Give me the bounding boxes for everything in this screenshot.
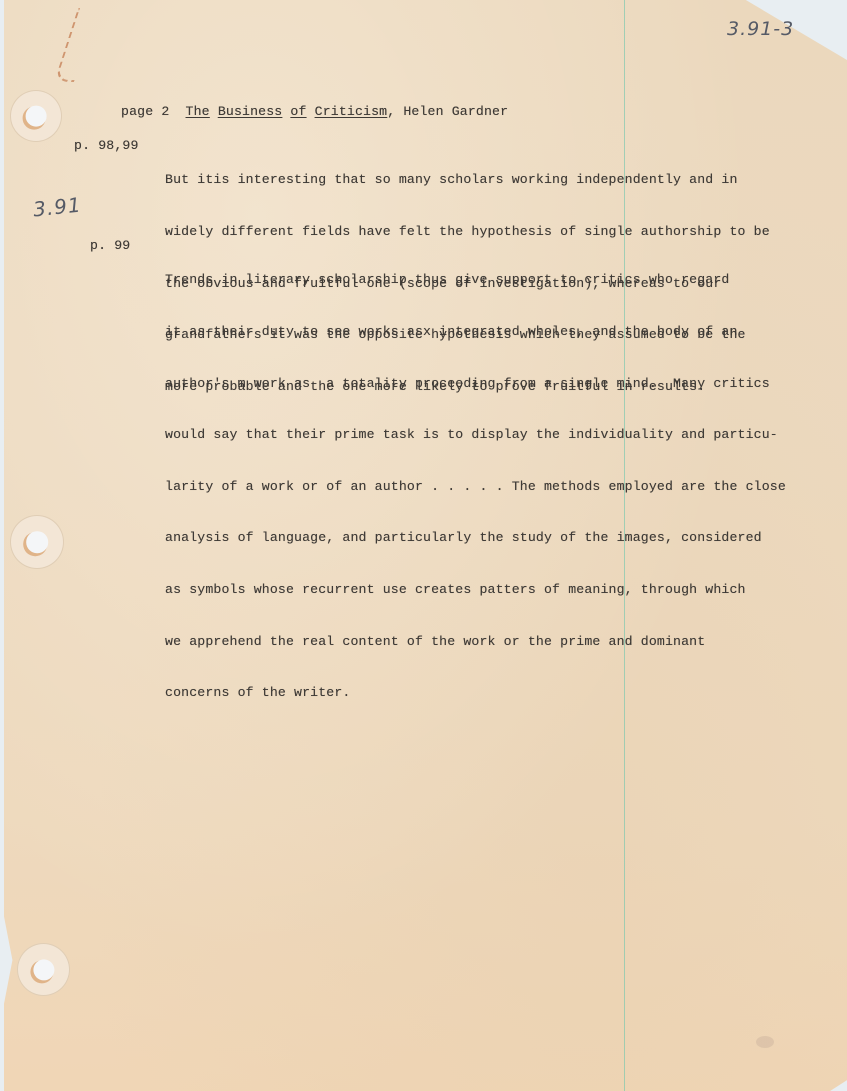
- book-title-word: Criticism: [315, 104, 388, 119]
- quote-paragraph: Trends in literary scholarship thus give…: [165, 237, 786, 719]
- page-number: page 2: [121, 104, 169, 119]
- quote-line: it as their duty to see works asx integr…: [165, 323, 786, 340]
- quote-line: larity of a work or of an author . . . .…: [165, 478, 786, 495]
- binder-hole-bottom: [17, 943, 70, 996]
- paper-crease-mark: [54, 8, 98, 82]
- header-separator: ,: [387, 104, 395, 119]
- quote-line: Trends in literary scholarship thus give…: [165, 271, 786, 288]
- book-title-word: Business: [218, 104, 283, 119]
- paper-stain: [756, 1036, 774, 1048]
- binder-hole-top: [10, 90, 62, 142]
- handwritten-document-number: 3.91-3: [727, 18, 794, 40]
- book-title-word: The: [186, 104, 210, 119]
- citation-page-ref: p. 98,99: [74, 137, 139, 154]
- quote-line: author's m work as a totality proceeding…: [165, 375, 786, 392]
- quote-line: concerns of the writer.: [165, 684, 786, 701]
- quote-line: analysis of language, and particularly t…: [165, 529, 786, 546]
- handwritten-margin-number: 3.91: [32, 193, 83, 222]
- quote-line: as symbols whose recurrent use creates p…: [165, 581, 786, 598]
- quote-line: we apprehend the real content of the wor…: [165, 633, 786, 650]
- binder-hole-middle: [10, 515, 64, 569]
- quote-line: But itis interesting that so many schola…: [165, 171, 770, 188]
- quote-line: would say that their prime task is to di…: [165, 426, 786, 443]
- page-header: page 2 The Business of Criticism, Helen …: [121, 103, 508, 120]
- citation-page-ref: p. 99: [90, 237, 130, 254]
- author-name: Helen Gardner: [403, 104, 508, 119]
- book-title-word: of: [290, 104, 306, 119]
